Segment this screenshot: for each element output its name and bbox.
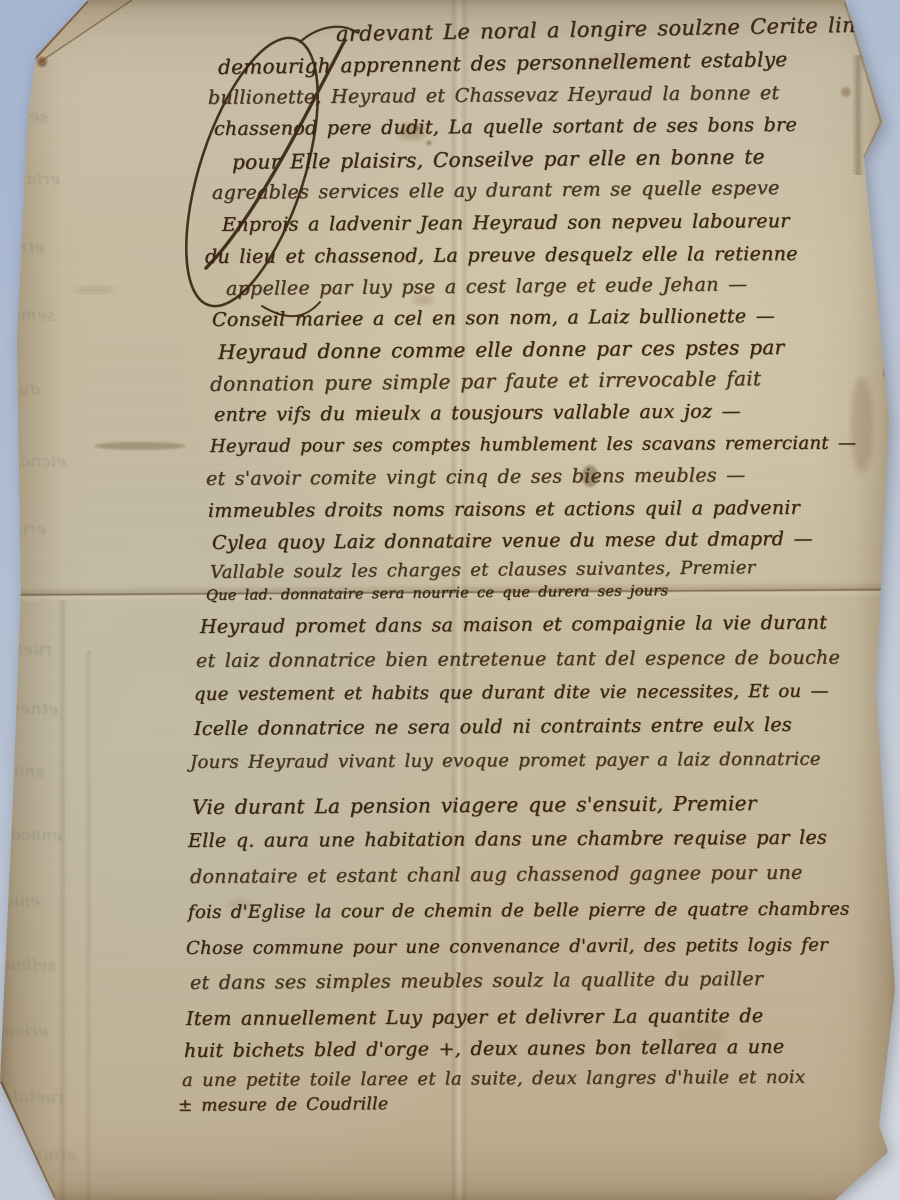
handwritten-line: Elle q. aura une habitation dans une cha… <box>188 827 827 852</box>
handwritten-line: a une petite toile laree et la suite, de… <box>182 1067 805 1091</box>
handwritten-line: immeubles droits noms raisons et actions… <box>208 497 800 522</box>
handwritten-line: et dans ses simples meubles soulz la qua… <box>190 968 763 994</box>
handwritten-line: Enprois a ladvenir Jean Heyraud son nepv… <box>222 210 790 236</box>
manuscript-page: sel ruop ennoderiassen odetnava l edsemm… <box>0 0 900 1200</box>
paper-wrapper: sel ruop ennoderiassen odetnava l edsemm… <box>0 0 900 1200</box>
handwritten-line: fois d'Eglise la cour de chemin de belle… <box>188 899 850 923</box>
handwritten-line: ardevant Le noral a longire soulzne Ceri… <box>336 13 856 46</box>
handwritten-line: appellee par luy pse a cest large et eud… <box>226 273 748 300</box>
handwritten-line: Icelle donnatrice ne sera ould ni contra… <box>194 714 792 740</box>
handwritten-line: ± mesure de Coudrille <box>178 1094 388 1116</box>
handwritten-line: entre vifs du mieulx a tousjours vallabl… <box>214 400 741 426</box>
handwritten-line: Cylea quoy Laiz donnataire venue du mese… <box>212 528 813 554</box>
handwritten-line: Vie durant La pension viagere que s'ensu… <box>192 791 757 819</box>
handwritten-line: Chose commune pour une convenance d'avri… <box>186 935 828 959</box>
manuscript-photo: { "meta": { "description": "Photograph o… <box>0 0 900 1200</box>
handwritten-line: Que lad. donnataire sera nourrie ce que … <box>206 583 668 604</box>
handwritten-line: huit bichets bled d'orge +, deux aunes b… <box>184 1036 785 1062</box>
handwritten-line: et s'avoir comite vingt cinq de ses bien… <box>206 464 746 490</box>
handwritten-line: Jours Heyraud vivant luy evoque promet p… <box>190 749 821 773</box>
text-layer: ardevant Le noral a longire soulzne Ceri… <box>0 0 900 1200</box>
handwritten-line: Heyraud promet dans sa maison et compaig… <box>200 612 827 638</box>
handwritten-line: donnataire et estant chanl aug chassenod… <box>190 862 803 888</box>
handwritten-line: pour Elle plaisirs, Conseilve par elle e… <box>232 144 765 174</box>
handwritten-line: Heyraud pour ses comptes humblement les … <box>210 433 856 457</box>
handwritten-line: agreables services elle ay durant rem se… <box>212 177 780 204</box>
handwritten-line: Conseil mariee a cel en son nom, a Laiz … <box>212 305 775 331</box>
handwritten-line: Vallable soulz les charges et clauses su… <box>210 557 756 583</box>
handwritten-line: Heyraud donne comme elle donne par ces p… <box>218 335 785 364</box>
handwritten-line: Item annuellement Luy payer et delivrer … <box>186 1005 763 1030</box>
handwritten-line: et laiz donnatrice bien entretenue tant … <box>196 647 840 672</box>
handwritten-line: bullionette, Heyraud et Chassevaz Heyrau… <box>208 82 780 109</box>
handwritten-line: du lieu et chassenod, La preuve desquelz… <box>205 243 798 268</box>
handwritten-line: demourigh apprennent des personnellement… <box>218 47 788 79</box>
handwritten-line: que vestement et habits que durant dite … <box>194 681 829 705</box>
handwritten-line: donnation pure simple par faute et irrev… <box>210 366 762 396</box>
handwritten-line: chassenod pere dudit, La quelle sortant … <box>214 114 797 140</box>
